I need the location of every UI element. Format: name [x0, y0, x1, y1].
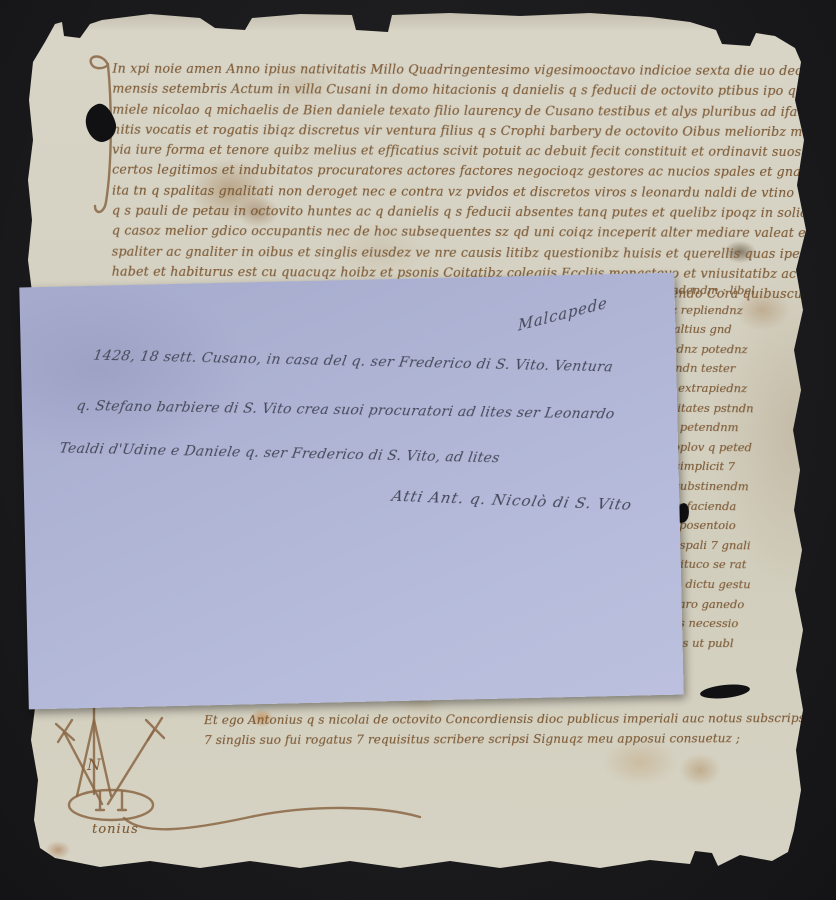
note-regest-line-2: Tealdi d'Udine e Daniele q. ser Frederic… [58, 441, 501, 467]
note-attribution: Atti Ant. q. Nicolò di S. Vito [390, 487, 634, 514]
photo-background: In xpi noie amen Anno ipius nativitatis … [0, 0, 836, 900]
notarial-sign-icon: N [50, 694, 430, 839]
manuscript-main-text: In xpi noie amen Anno ipius nativitatis … [112, 59, 836, 305]
notary-name-fragment: tonius [92, 822, 139, 837]
parchment-slit [699, 682, 750, 700]
note-date-line: 1428, 18 sett. Cusano, in casa del q. se… [92, 348, 614, 376]
notary-sign-letter: N [86, 755, 102, 774]
note-regest-line-1: q. Stefano barbiere di S. Vito crea suoi… [75, 398, 615, 422]
archival-note: Malcapede 1428, 18 sett. Cusano, in casa… [19, 273, 683, 710]
note-signature: Malcapede [518, 293, 608, 334]
